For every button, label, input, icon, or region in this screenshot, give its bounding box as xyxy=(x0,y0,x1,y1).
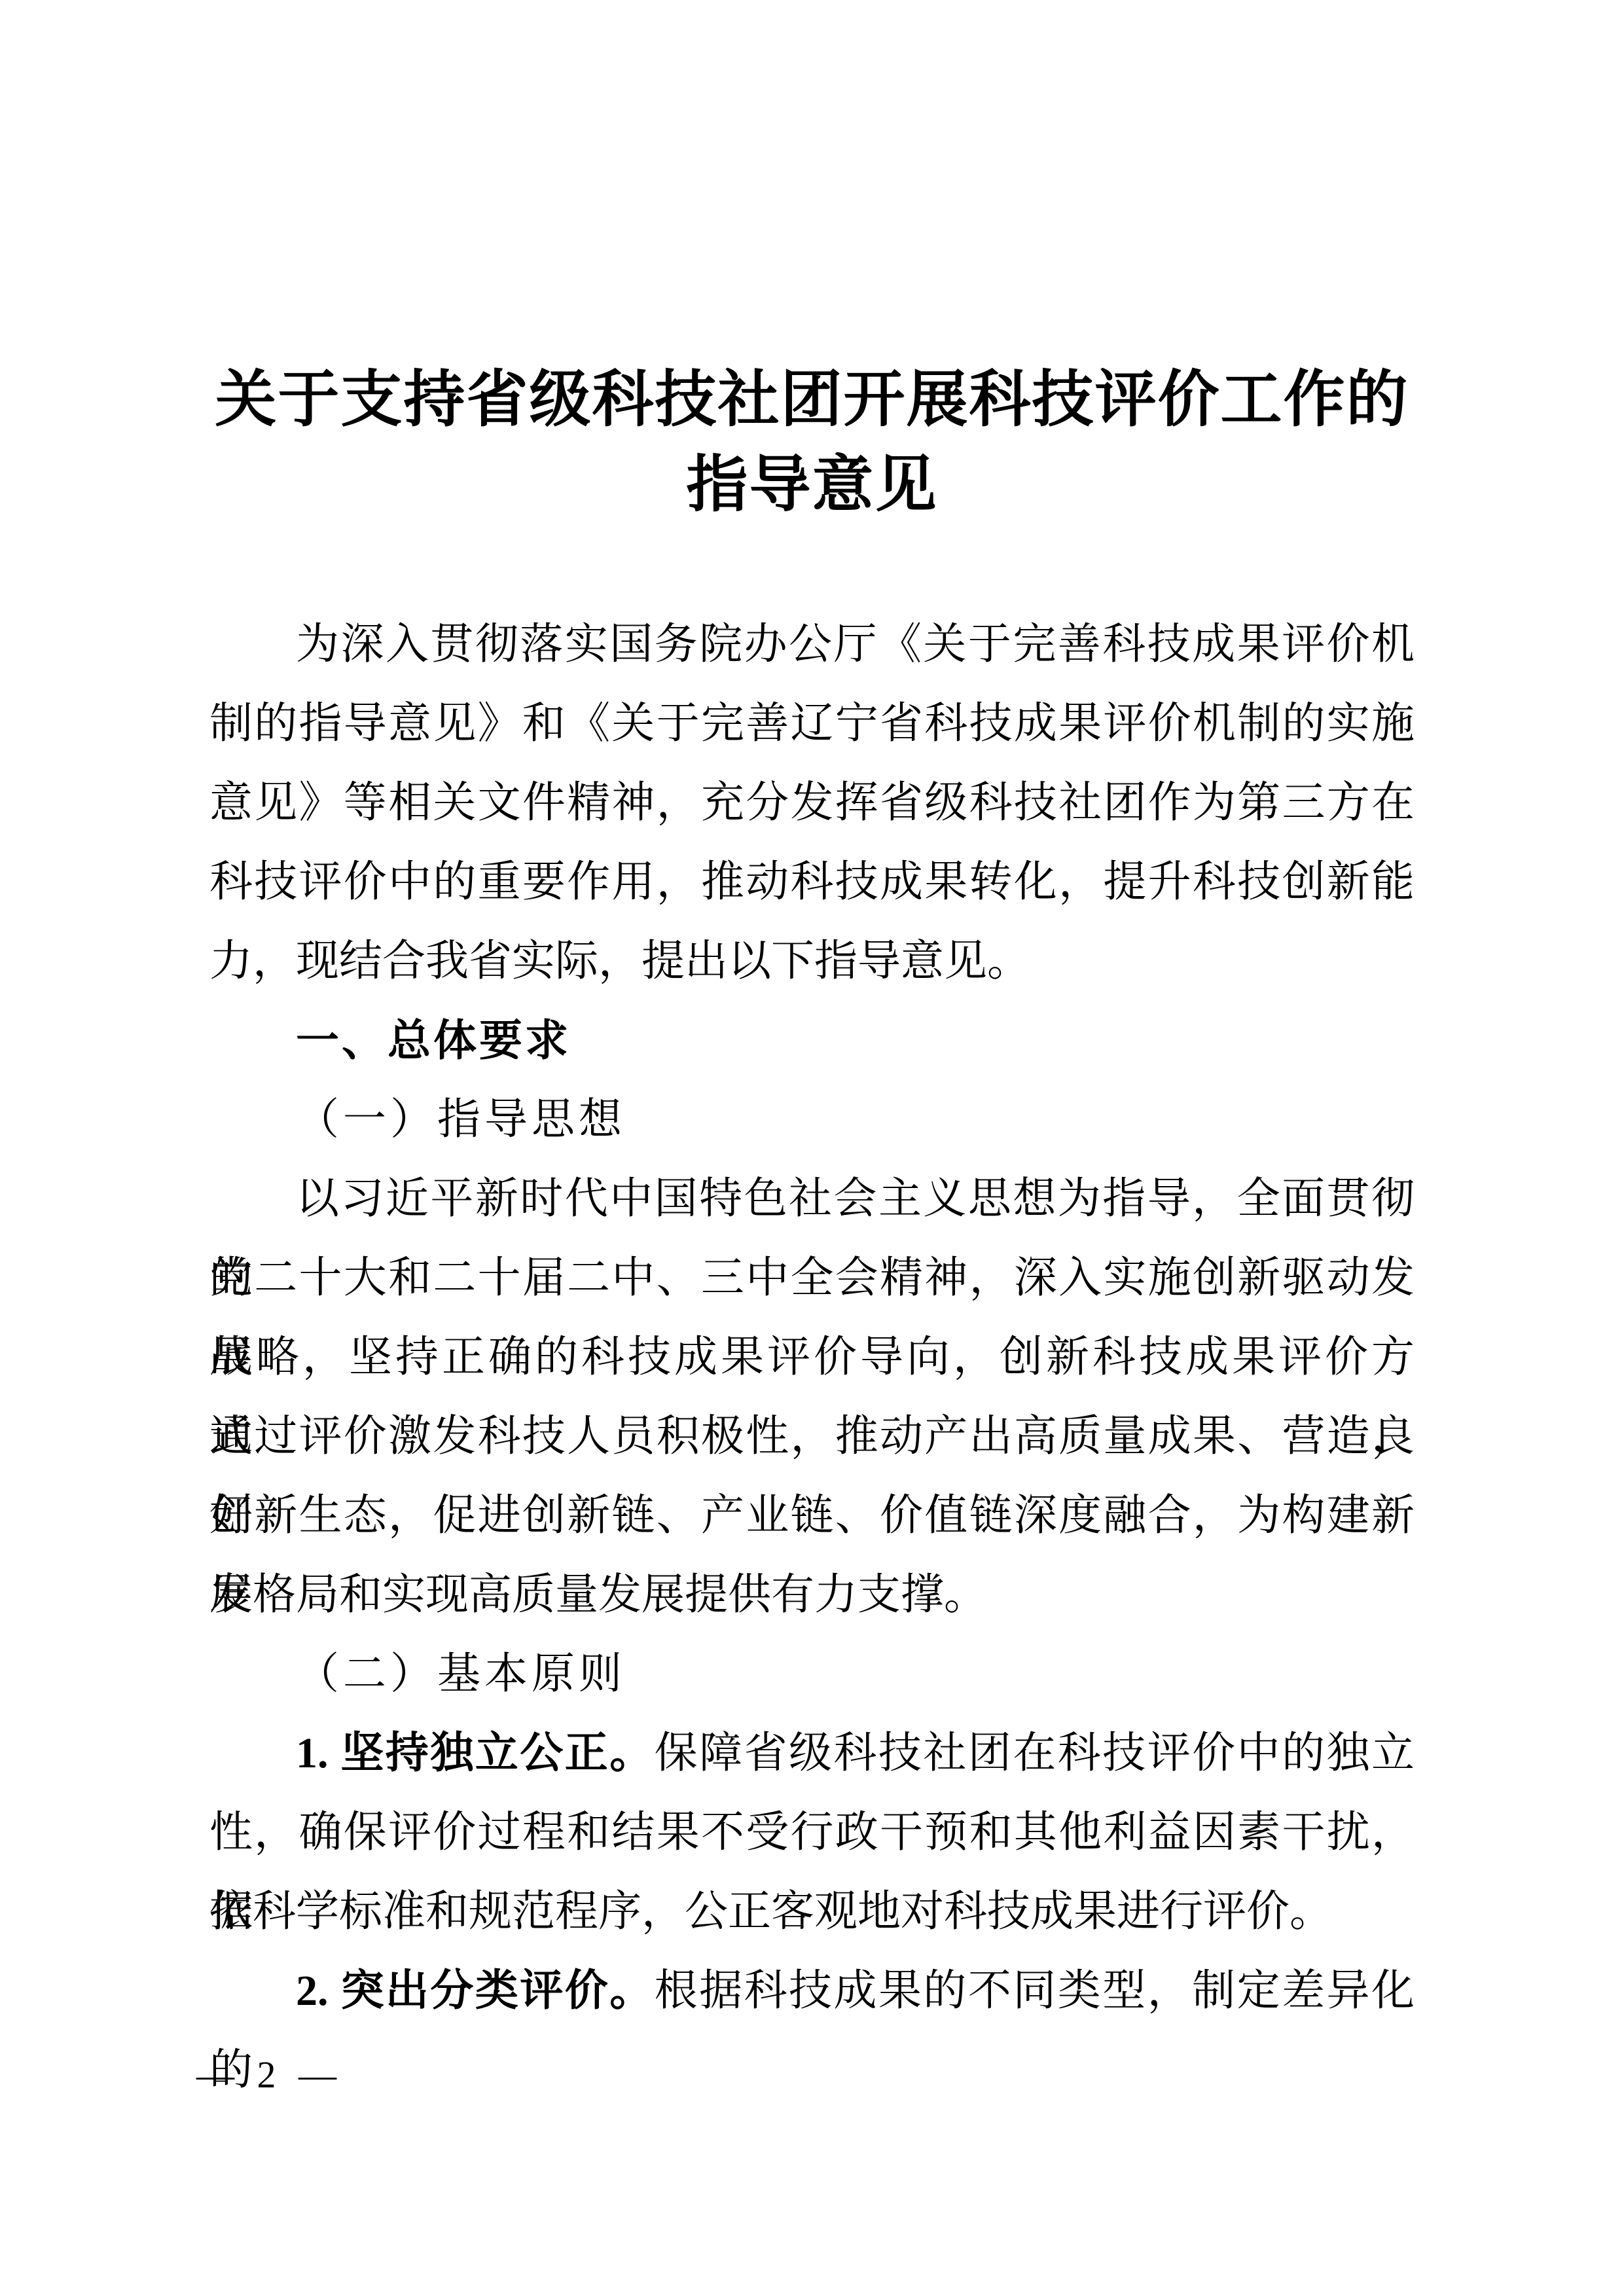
item-1-line-2: 性，确保评价过程和结果不受行政干预和其他利益因素干扰，依 xyxy=(209,1793,1415,1872)
document-page: 关于支持省级科技社团开展科技评价工作的 指导意见 为深入贯彻落实国务院办公厅《关… xyxy=(0,0,1624,2289)
item-1-line-1-rest: 保障省级科技社团在科技评价中的独立 xyxy=(655,1729,1415,1777)
item-1-lead: 1. 坚持独立公正。 xyxy=(296,1729,655,1777)
title-line-1: 关于支持省级科技社团开展科技评价工作的 xyxy=(209,357,1415,442)
subsection-heading-1-2: （二）基本原则 xyxy=(209,1634,1415,1714)
item-2-line-1: 2. 突出分类评价。根据科技成果的不同类型，制定差异化的 xyxy=(209,1951,1415,2030)
paragraph-1-line-4: 科技评价中的重要作用，推动科技成果转化，提升科技创新能 xyxy=(209,842,1415,922)
paragraph-1-line-3: 意见》等相关文件精神，充分发挥省级科技社团作为第三方在 xyxy=(209,763,1415,842)
item-2-lead: 2. 突出分类评价。 xyxy=(296,1967,655,2015)
title-line-2: 指导意见 xyxy=(209,442,1415,527)
paragraph-2-line-6: 展格局和实现高质量发展提供有力支撑。 xyxy=(209,1555,1415,1634)
paragraph-2-line-1: 以习近平新时代中国特色社会主义思想为指导，全面贯彻党 xyxy=(209,1159,1415,1238)
paragraph-1-line-1: 为深入贯彻落实国务院办公厅《关于完善科技成果评价机 xyxy=(209,605,1415,684)
paragraph-1-line-5: 力，现结合我省实际，提出以下指导意见。 xyxy=(209,922,1415,1001)
paragraph-1-line-2: 制的指导意见》和《关于完善辽宁省科技成果评价机制的实施 xyxy=(209,684,1415,763)
footer-page-number: — 2 — xyxy=(196,2052,343,2098)
item-1-line-1: 1. 坚持独立公正。保障省级科技社团在科技评价中的独立 xyxy=(209,1714,1415,1793)
document-body: 为深入贯彻落实国务院办公厅《关于完善科技成果评价机 制的指导意见》和《关于完善辽… xyxy=(209,605,1415,2030)
paragraph-2-line-3: 战略，坚持正确的科技成果评价导向，创新科技成果评价方式， xyxy=(209,1318,1415,1397)
item-1-line-3: 据科学标准和规范程序，公正客观地对科技成果进行评价。 xyxy=(209,1872,1415,1951)
subsection-heading-1-1: （一）指导思想 xyxy=(209,1080,1415,1159)
paragraph-2-line-4: 通过评价激发科技人员积极性，推动产出高质量成果、营造良好 xyxy=(209,1397,1415,1476)
paragraph-2-line-2: 的二十大和二十届二中、三中全会精神，深入实施创新驱动发展 xyxy=(209,1238,1415,1318)
paragraph-2-line-5: 创新生态，促进创新链、产业链、价值链深度融合，为构建新发 xyxy=(209,1476,1415,1555)
document-title: 关于支持省级科技社团开展科技评价工作的 指导意见 xyxy=(209,357,1415,527)
section-heading-1: 一、总体要求 xyxy=(209,1001,1415,1080)
